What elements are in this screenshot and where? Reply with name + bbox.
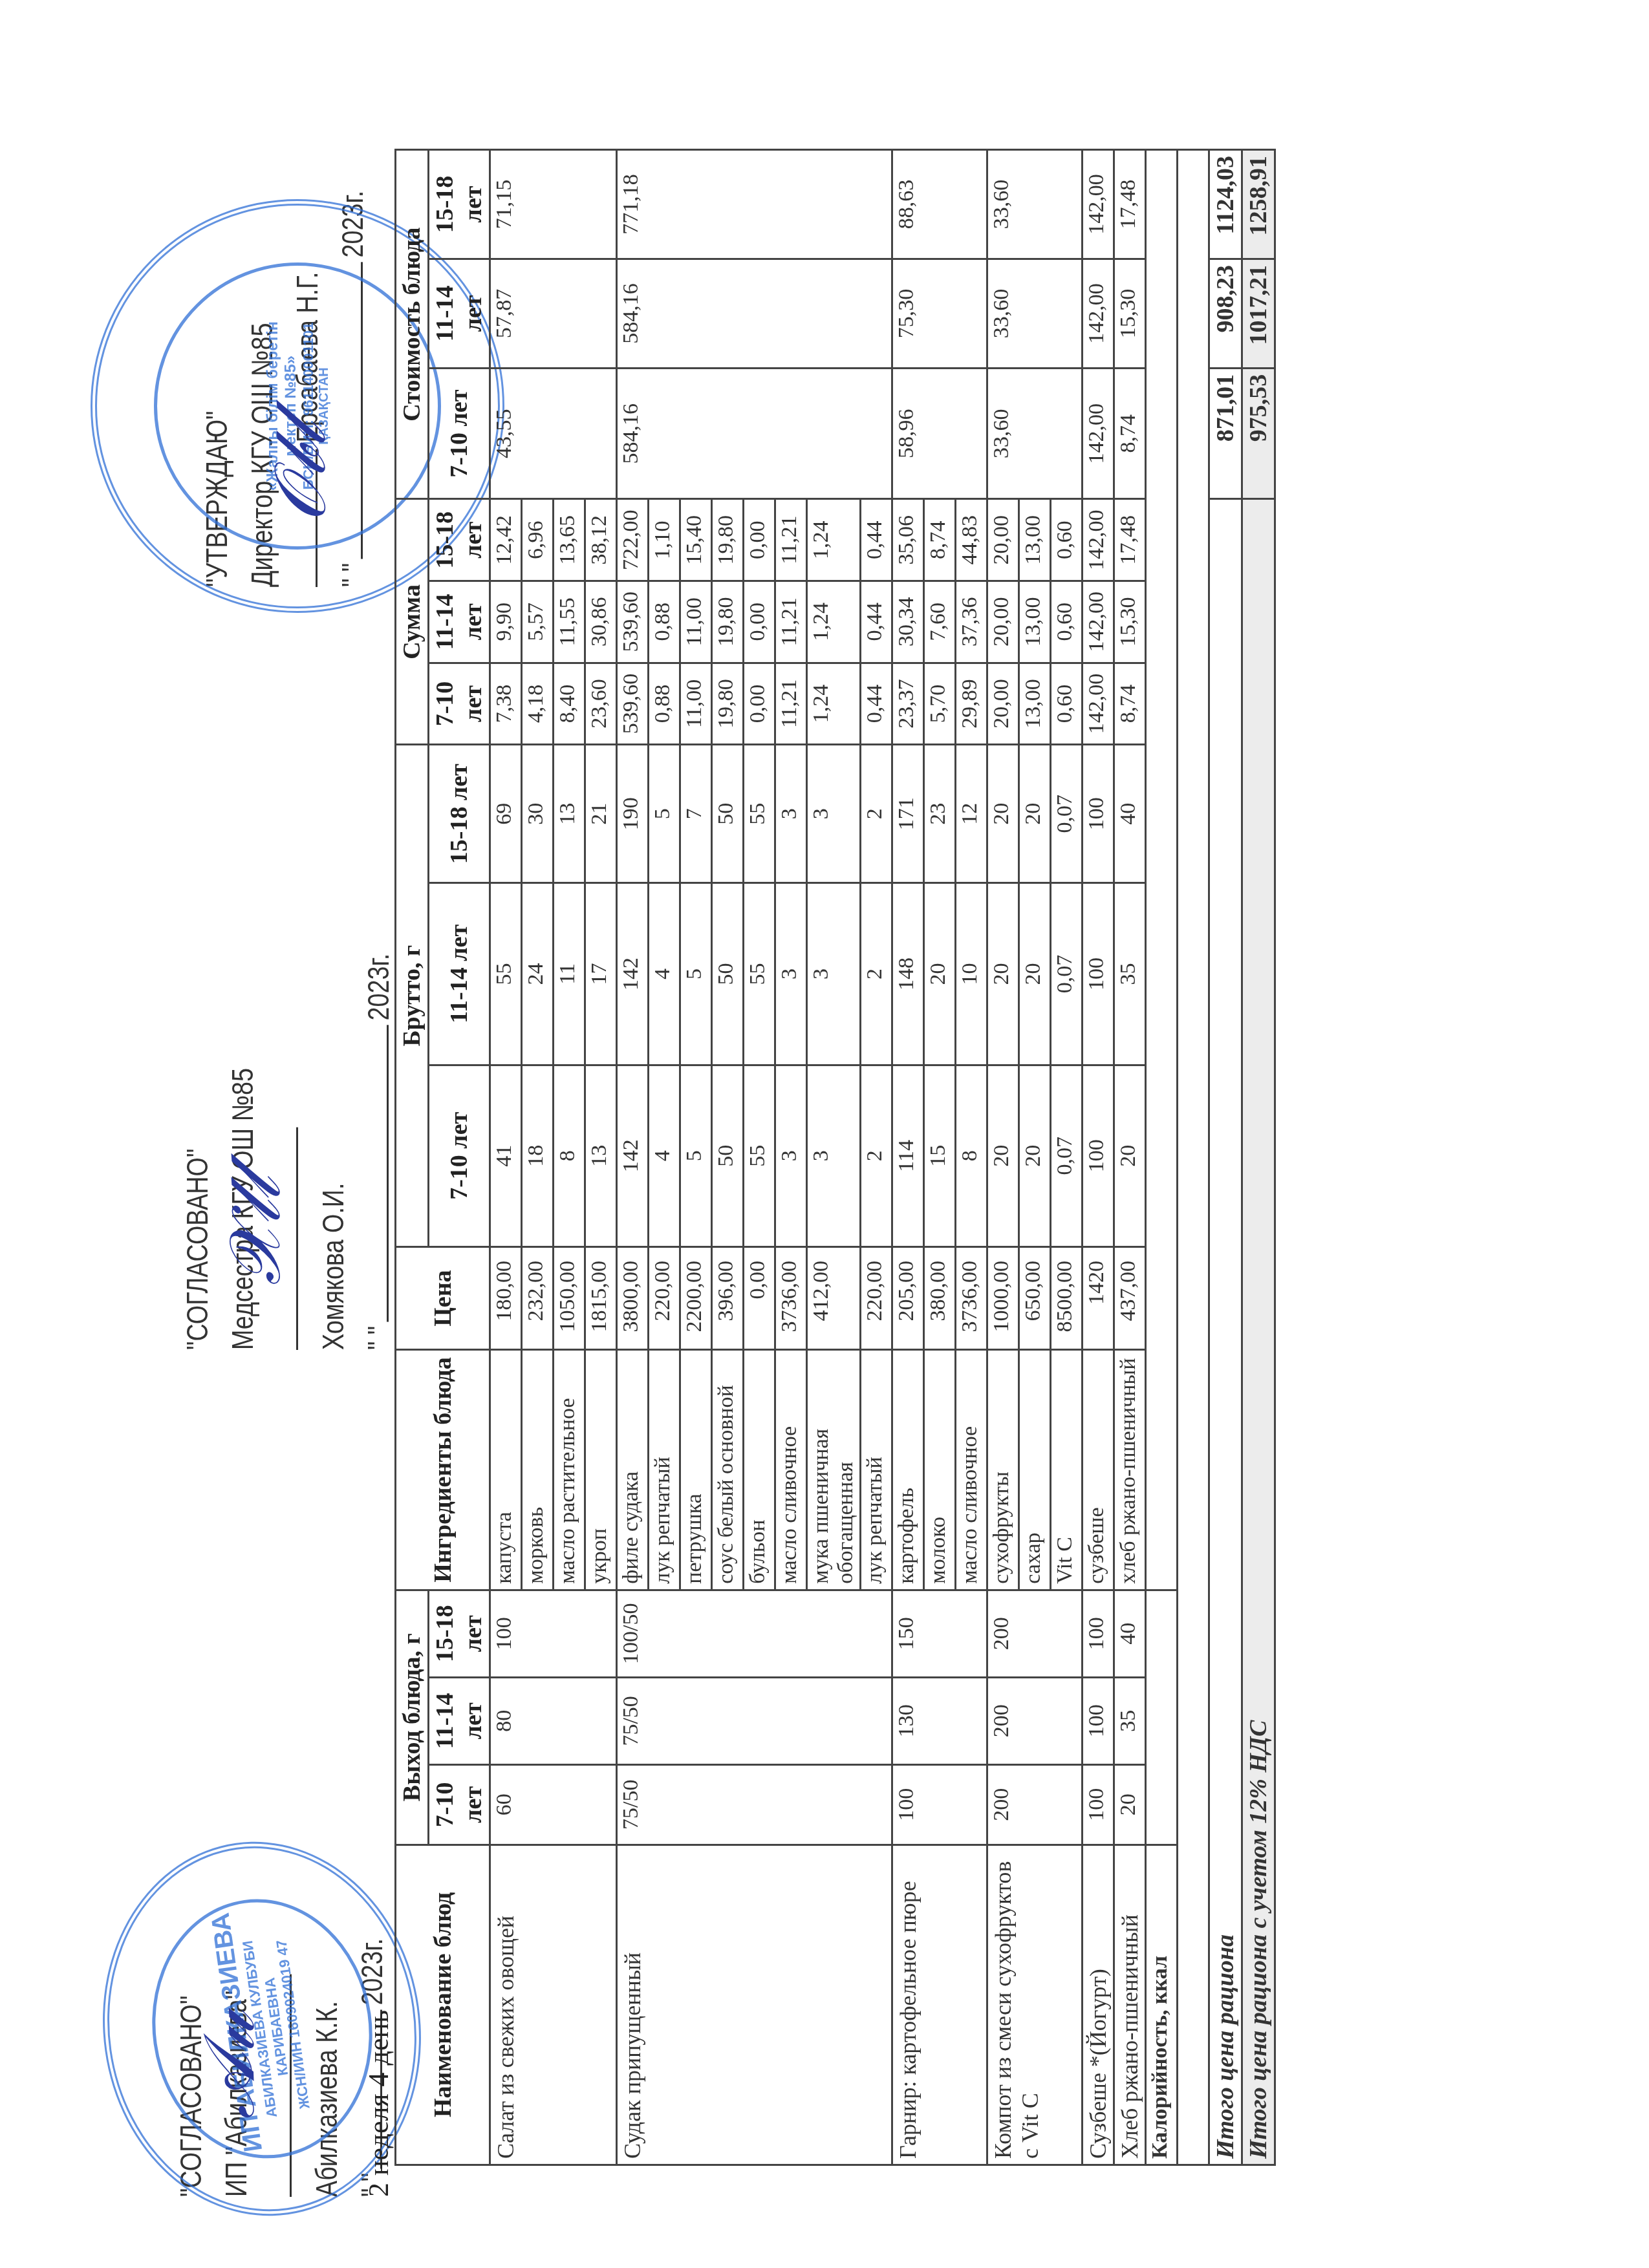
sum-value: 5,70 — [924, 663, 956, 745]
yield-value: 130 — [892, 1677, 987, 1764]
total-vat-row: Итого цена рациона с учетом 12% НДС975,5… — [1242, 150, 1275, 2165]
sum-value: 1,10 — [649, 499, 680, 581]
sum-value: 11,00 — [680, 581, 712, 663]
ingredient-price: 1420 — [1083, 1246, 1114, 1349]
total-value: 1017,21 — [1242, 259, 1275, 368]
sum-value: 539,60 — [617, 663, 649, 745]
brutto-value: 24 — [522, 883, 554, 1065]
sum-value: 0,60 — [1051, 663, 1083, 745]
ingredient-price: 650,00 — [1019, 1246, 1051, 1349]
sum-value: 11,00 — [680, 663, 712, 745]
sum-value: 0,88 — [649, 663, 680, 745]
brutto-value: 13 — [554, 745, 585, 883]
ingredient-name: сухофрукты — [987, 1350, 1019, 1590]
header-price: Цена — [396, 1246, 490, 1349]
dish-cost: 17,48 — [1114, 150, 1146, 259]
brutto-value: 142 — [617, 1065, 649, 1246]
header-age1: 7-10 лет — [429, 663, 490, 745]
ingredient-name: масло сливочное — [775, 1350, 807, 1590]
sum-value: 19,80 — [712, 663, 744, 745]
brutto-value: 50 — [712, 883, 744, 1065]
kcal-label: Калорийность, ккал — [1146, 1845, 1178, 2165]
brutto-value: 23 — [924, 745, 956, 883]
dish-cost: 142,00 — [1083, 150, 1114, 259]
dish-cost: 8,74 — [1114, 368, 1146, 499]
sum-value: 142,00 — [1083, 499, 1114, 581]
ingredient-name: бульон — [744, 1350, 775, 1590]
approval-middle-year: 2023г. — [361, 954, 395, 1021]
dish-cost: 88,63 — [892, 150, 987, 259]
ingredient-name: молоко — [924, 1350, 956, 1590]
sum-value: 13,00 — [1019, 499, 1051, 581]
sum-value: 15,30 — [1114, 581, 1146, 663]
brutto-value: 0,07 — [1051, 1065, 1083, 1246]
total-value: 1258,91 — [1242, 150, 1275, 259]
brutto-value: 20 — [987, 745, 1019, 883]
empty-cell — [1178, 150, 1209, 2165]
ingredient-name: соус белый основной — [712, 1350, 744, 1590]
sum-value: 11,21 — [775, 663, 807, 745]
sum-value: 13,00 — [1019, 581, 1051, 663]
sum-value: 20,00 — [987, 663, 1019, 745]
header-brutto: Брутто, г — [396, 745, 429, 1247]
sum-value: 29,89 — [956, 663, 987, 745]
ingredient-name: масло сливочное — [956, 1350, 987, 1590]
yield-value: 100 — [892, 1764, 987, 1845]
sum-value: 11,55 — [554, 581, 585, 663]
yield-value: 100/50 — [617, 1590, 892, 1677]
yield-value: 100 — [490, 1590, 617, 1677]
ingredient-name: лук репчатый — [861, 1350, 892, 1590]
total-value: 975,53 — [1242, 368, 1275, 499]
yield-value: 200 — [987, 1590, 1083, 1677]
sum-value: 17,48 — [1114, 499, 1146, 581]
sum-value: 0,00 — [744, 499, 775, 581]
brutto-value: 55 — [744, 745, 775, 883]
sum-value: 1,24 — [807, 499, 861, 581]
header-age3: 15-18 лет — [429, 745, 490, 883]
dish-cost: 58,96 — [892, 368, 987, 499]
dish-cost: 584,16 — [617, 259, 892, 368]
ingredient-name: морковь — [522, 1350, 554, 1590]
brutto-value: 2 — [861, 745, 892, 883]
sum-value: 0,00 — [744, 581, 775, 663]
sum-value: 0,00 — [744, 663, 775, 745]
brutto-value: 11 — [554, 883, 585, 1065]
yield-empty — [1146, 1590, 1178, 1845]
sum-value: 8,74 — [924, 499, 956, 581]
dish-cost: 57,87 — [490, 259, 617, 368]
header-ingredients: Ингредиенты блюда — [396, 1350, 490, 1590]
brutto-value: 4 — [649, 1065, 680, 1246]
approval-middle-org: Медсестра КГУ ОШ №85 — [220, 954, 265, 1350]
ingredient-name: мука пшеничная обогащенная — [807, 1350, 861, 1590]
ingredient-name: петрушка — [680, 1350, 712, 1590]
header-age1: 7-10 лет — [429, 1764, 490, 1845]
ingredient-price: 205,00 — [892, 1246, 924, 1349]
total-value: 908,23 — [1209, 259, 1242, 368]
header-age3: 15-18 лет — [429, 499, 490, 581]
ingredient-price: 380,00 — [924, 1246, 956, 1349]
brutto-value: 18 — [522, 1065, 554, 1246]
brutto-value: 3 — [775, 1065, 807, 1246]
dish-cost: 15,30 — [1114, 259, 1146, 368]
sum-value: 722,00 — [617, 499, 649, 581]
sum-value: 30,34 — [892, 581, 924, 663]
header-age2: 11-14 лет — [429, 1677, 490, 1764]
ingredient-name: хлеб ржано-пшеничный — [1114, 1350, 1146, 1590]
yield-value: 100 — [1083, 1590, 1114, 1677]
yield-value: 200 — [987, 1677, 1083, 1764]
brutto-value: 50 — [712, 745, 744, 883]
sum-value: 1,24 — [807, 581, 861, 663]
sum-value: 142,00 — [1083, 581, 1114, 663]
sum-value: 20,00 — [987, 581, 1019, 663]
dish-cost: 43,55 — [490, 368, 617, 499]
ingredient-price: 220,00 — [861, 1246, 892, 1349]
header-age3: 15-18 лет — [429, 150, 490, 259]
sum-value: 7,38 — [490, 663, 522, 745]
yield-value: 40 — [1114, 1590, 1146, 1677]
dish-name: Компот из смеси сухофруктов с Vit C — [987, 1845, 1083, 2165]
sum-value: 19,80 — [712, 581, 744, 663]
ingredient-price: 1815,00 — [585, 1246, 617, 1349]
table-row: Судак припущенный75/5075/50100/50филе су… — [617, 150, 649, 2165]
brutto-value: 40 — [1114, 745, 1146, 883]
ingredient-name: филе судака — [617, 1350, 649, 1590]
total-value: 1124,03 — [1209, 150, 1242, 259]
ingredient-name: масло растительное — [554, 1350, 585, 1590]
sum-value: 7,60 — [924, 581, 956, 663]
dish-name: Сузбеше *(Йогурт) — [1083, 1845, 1114, 2165]
dish-cost: 142,00 — [1083, 259, 1114, 368]
sum-value: 1,24 — [807, 663, 861, 745]
dish-cost: 771,18 — [617, 150, 892, 259]
yield-value: 100 — [1083, 1677, 1114, 1764]
sum-value: 9,90 — [490, 581, 522, 663]
ingredient-name: сузбеше — [1083, 1350, 1114, 1590]
brutto-value: 55 — [744, 883, 775, 1065]
sum-value: 44,83 — [956, 499, 987, 581]
brutto-value: 10 — [956, 883, 987, 1065]
blank-row — [1178, 150, 1209, 2165]
brutto-value: 171 — [892, 745, 924, 883]
sum-value: 13,65 — [554, 499, 585, 581]
sum-value: 35,06 — [892, 499, 924, 581]
week-day-label: 2 неделя 4 день — [362, 2010, 395, 2197]
total-value: 871,01 — [1209, 368, 1242, 499]
signature-icon: 𝒳𝓁𝓁 — [213, 1177, 297, 1285]
approval-middle-title: "СОГЛАСОВАНО" — [175, 954, 220, 1350]
sum-value: 13,00 — [1019, 663, 1051, 745]
brutto-value: 148 — [892, 883, 924, 1065]
sum-value: 30,86 — [585, 581, 617, 663]
sum-value: 539,60 — [617, 581, 649, 663]
yield-value: 200 — [987, 1764, 1083, 1845]
dish-cost: 33,60 — [987, 259, 1083, 368]
empty-cell — [1146, 150, 1178, 1590]
yield-value: 75/50 — [617, 1677, 892, 1764]
sum-value: 0,60 — [1051, 499, 1083, 581]
dish-name: Салат из свежих овощей — [490, 1845, 617, 2165]
brutto-value: 5 — [680, 1065, 712, 1246]
yield-value: 60 — [490, 1764, 617, 1845]
sum-value: 0,60 — [1051, 581, 1083, 663]
ingredient-name: укроп — [585, 1350, 617, 1590]
brutto-value: 55 — [744, 1065, 775, 1246]
brutto-value: 13 — [585, 1065, 617, 1246]
ingredient-price: 232,00 — [522, 1246, 554, 1349]
ingredient-price: 0,00 — [744, 1246, 775, 1349]
brutto-value: 35 — [1114, 883, 1146, 1065]
total-label: Итого цена рациона — [1209, 499, 1242, 2165]
ingredient-price: 437,00 — [1114, 1246, 1146, 1349]
table-row: Сузбеше *(Йогурт)100100100сузбеше1420100… — [1083, 150, 1114, 2165]
sum-value: 23,37 — [892, 663, 924, 745]
dish-cost: 142,00 — [1083, 368, 1114, 499]
brutto-value: 8 — [956, 1065, 987, 1246]
ingredient-price: 3736,00 — [956, 1246, 987, 1349]
dish-cost: 71,15 — [490, 150, 617, 259]
table-row: Компот из смеси сухофруктов с Vit C20020… — [987, 150, 1019, 2165]
ingredient-price: 1000,00 — [987, 1246, 1019, 1349]
table-row: Салат из свежих овощей6080100капуста180,… — [490, 150, 522, 2165]
header-age2: 11-14 лет — [429, 883, 490, 1065]
dish-name: Гарнир: картофельное пюре — [892, 1845, 987, 2165]
brutto-value: 20 — [987, 1065, 1019, 1246]
brutto-value: 21 — [585, 745, 617, 883]
yield-value: 80 — [490, 1677, 617, 1764]
sum-value: 19,80 — [712, 499, 744, 581]
brutto-value: 5 — [649, 745, 680, 883]
ingredient-name: сахар — [1019, 1350, 1051, 1590]
header-dish: Наименование блюд — [396, 1845, 490, 2165]
sum-value: 23,60 — [585, 663, 617, 745]
dish-cost: 33,60 — [987, 150, 1083, 259]
brutto-value: 69 — [490, 745, 522, 883]
brutto-value: 190 — [617, 745, 649, 883]
date-line — [361, 1025, 389, 1321]
yield-value: 75/50 — [617, 1764, 892, 1845]
header-yield: Выход блюда, г — [396, 1590, 429, 1845]
brutto-value: 5 — [680, 883, 712, 1065]
header-age1: 7-10 лет — [429, 1065, 490, 1246]
brutto-value: 20 — [1019, 1065, 1051, 1246]
brutto-value: 142 — [617, 883, 649, 1065]
ingredient-price: 396,00 — [712, 1246, 744, 1349]
brutto-value: 15 — [924, 1065, 956, 1246]
sum-value: 0,44 — [861, 663, 892, 745]
brutto-value: 0,07 — [1051, 883, 1083, 1065]
ingredient-name: Vit C — [1051, 1350, 1083, 1590]
brutto-value: 20 — [1114, 1065, 1146, 1246]
sum-value: 37,36 — [956, 581, 987, 663]
sum-value: 11,21 — [775, 499, 807, 581]
ingredient-price: 412,00 — [807, 1246, 861, 1349]
brutto-value: 55 — [490, 883, 522, 1065]
signature-icon: 𝒪𝒷𝓁 — [259, 423, 343, 522]
yield-value: 150 — [892, 1590, 987, 1677]
brutto-value: 100 — [1083, 745, 1114, 883]
brutto-value: 7 — [680, 745, 712, 883]
sum-value: 12,42 — [490, 499, 522, 581]
total-label: Итого цена рациона с учетом 12% НДС — [1242, 499, 1275, 2165]
ingredient-name: капуста — [490, 1350, 522, 1590]
brutto-value: 100 — [1083, 883, 1114, 1065]
header-cost: Стоимость блюда — [396, 150, 429, 499]
brutto-value: 41 — [490, 1065, 522, 1246]
brutto-value: 20 — [1019, 745, 1051, 883]
ingredient-price: 1050,00 — [554, 1246, 585, 1349]
brutto-value: 20 — [987, 883, 1019, 1065]
ingredient-price: 3800,00 — [617, 1246, 649, 1349]
brutto-value: 3 — [807, 745, 861, 883]
yield-value: 20 — [1114, 1764, 1146, 1845]
sum-value: 4,18 — [522, 663, 554, 745]
sum-value: 0,44 — [861, 581, 892, 663]
header-sum: Сумма — [396, 499, 429, 745]
sum-value: 8,74 — [1114, 663, 1146, 745]
header-age2: 11-14 лет — [429, 259, 490, 368]
brutto-value: 20 — [1019, 883, 1051, 1065]
sum-value: 0,88 — [649, 581, 680, 663]
menu-table: Наименование блюд Выход блюда, г Ингреди… — [394, 149, 1276, 2166]
brutto-value: 30 — [522, 745, 554, 883]
ingredient-name: лук репчатый — [649, 1350, 680, 1590]
sum-value: 38,12 — [585, 499, 617, 581]
kcal-row: Калорийность, ккал — [1146, 150, 1178, 2165]
approval-middle: "СОГЛАСОВАНО" Медсестра КГУ ОШ №85 Хомяк… — [175, 954, 401, 1350]
sum-value: 20,00 — [987, 499, 1019, 581]
yield-value: 100 — [1083, 1764, 1114, 1845]
header-age1: 7-10 лет — [429, 368, 490, 499]
ingredient-price: 3736,00 — [775, 1246, 807, 1349]
sum-value: 15,40 — [680, 499, 712, 581]
brutto-value: 100 — [1083, 1065, 1114, 1246]
total-row: Итого цена рациона871,01908,231124,03 — [1209, 150, 1242, 2165]
brutto-value: 20 — [924, 883, 956, 1065]
brutto-value: 0,07 — [1051, 745, 1083, 883]
brutto-value: 3 — [807, 883, 861, 1065]
brutto-value: 4 — [649, 883, 680, 1065]
yield-value: 35 — [1114, 1677, 1146, 1764]
sum-value: 5,57 — [522, 581, 554, 663]
ingredient-price: 8500,00 — [1051, 1246, 1083, 1349]
brutto-value: 3 — [775, 745, 807, 883]
ingredient-price: 220,00 — [649, 1246, 680, 1349]
approval-middle-name: Хомякова О.И. — [310, 954, 356, 1350]
brutto-value: 12 — [956, 745, 987, 883]
sum-value: 142,00 — [1083, 663, 1114, 745]
brutto-value: 3 — [807, 1065, 861, 1246]
date-quote: " " — [361, 1326, 395, 1350]
table-row: Хлеб ржано-пшеничный203540хлеб ржано-пше… — [1114, 150, 1146, 2165]
rotated-page: "СОГЛАСОВАНО" ИП "Абилказиева" Абилказие… — [0, 0, 1649, 2268]
sum-value: 6,96 — [522, 499, 554, 581]
brutto-value: 3 — [775, 883, 807, 1065]
brutto-value: 2 — [861, 1065, 892, 1246]
signature-icon: 𝒜𝓊 — [188, 2012, 272, 2119]
header-age3: 15-18 лет — [429, 1590, 490, 1677]
table-row: Гарнир: картофельное пюре100130150картоф… — [892, 150, 924, 2165]
brutto-value: 2 — [861, 883, 892, 1065]
dish-cost: 75,30 — [892, 259, 987, 368]
brutto-value: 114 — [892, 1065, 924, 1246]
brutto-value: 50 — [712, 1065, 744, 1246]
dish-name: Хлеб ржано-пшеничный — [1114, 1845, 1146, 2165]
ingredient-price: 180,00 — [490, 1246, 522, 1349]
sum-value: 8,40 — [554, 663, 585, 745]
ingredient-price: 2200,00 — [680, 1246, 712, 1349]
ingredient-name: картофель — [892, 1350, 924, 1590]
brutto-value: 8 — [554, 1065, 585, 1246]
header-age2: 11-14 лет — [429, 581, 490, 663]
sum-value: 11,21 — [775, 581, 807, 663]
sum-value: 0,44 — [861, 499, 892, 581]
dish-name: Судак припущенный — [617, 1845, 892, 2165]
brutto-value: 17 — [585, 883, 617, 1065]
dish-cost: 584,16 — [617, 368, 892, 499]
dish-cost: 33,60 — [987, 368, 1083, 499]
